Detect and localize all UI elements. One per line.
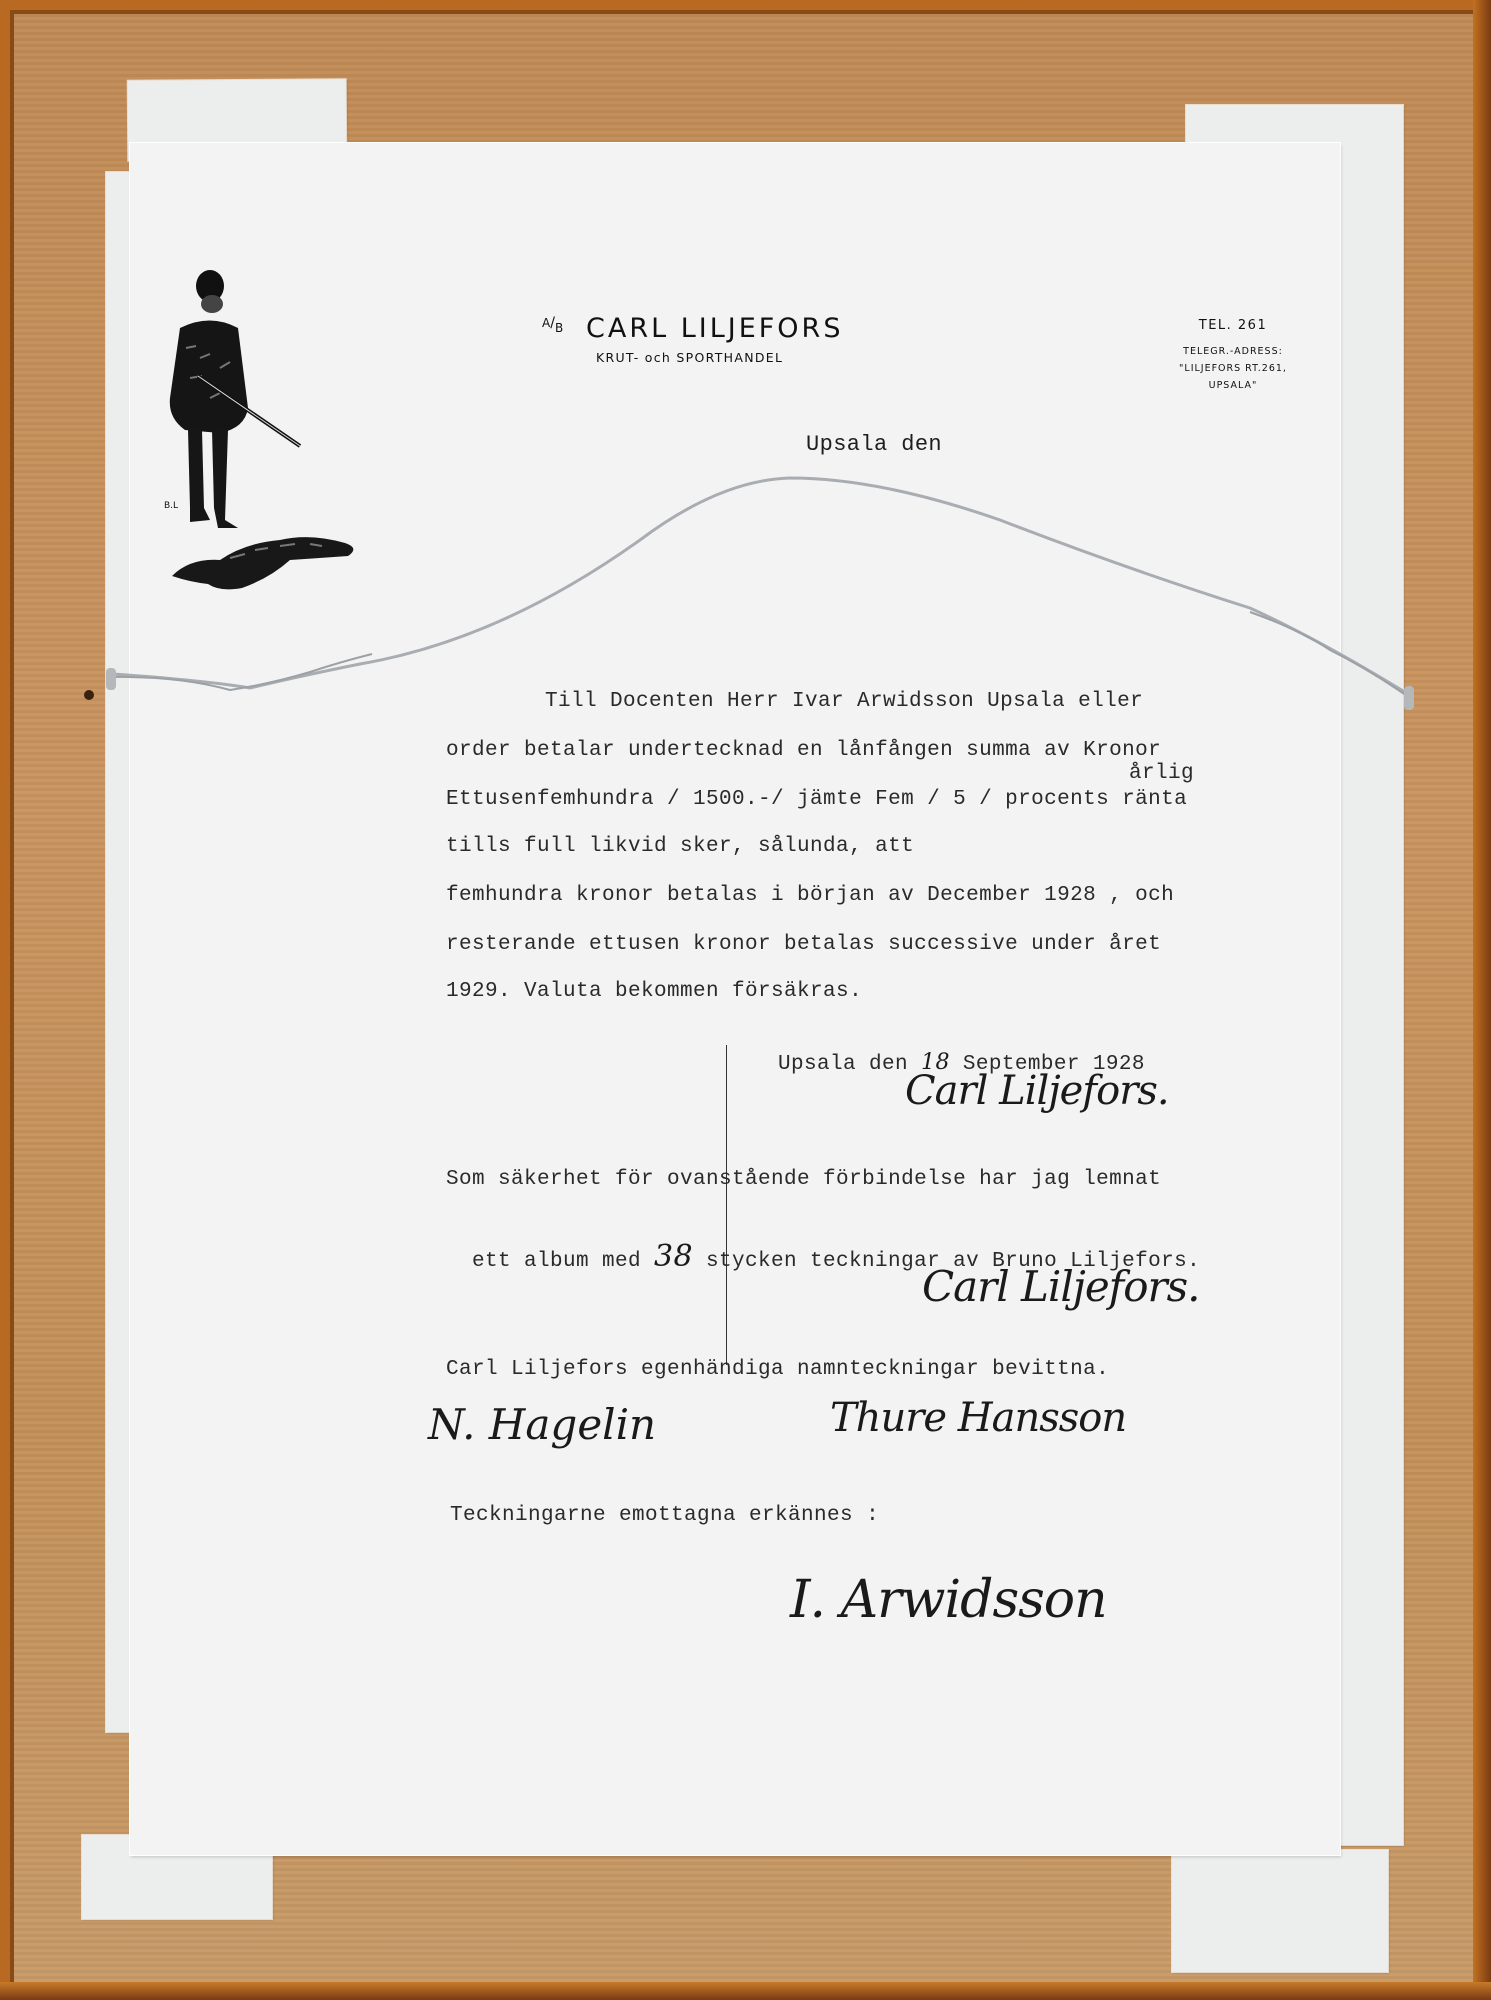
body-line-5: femhundra kronor betalas i början av Dec… [446, 884, 1174, 907]
frame-edge-bottom [0, 1982, 1491, 2000]
telegraph-label: TELEGR.-ADRESS: [1128, 343, 1338, 360]
hunter-with-shotgun-and-fox-icon: B.L [150, 258, 410, 593]
receipt-line: Teckningarne emottagna erkännes : [450, 1504, 879, 1527]
telephone-block: TEL. 261 TELEGR.-ADRESS: "LILJEFORS RT.2… [1128, 318, 1338, 394]
interlinear-insert: årlig [1129, 762, 1194, 785]
ab-mark: A/B [542, 318, 563, 328]
witness-signature-hansson: Thure Hansson [830, 1395, 1126, 1441]
telegraph-address-line2: UPSALA" [1128, 377, 1338, 394]
security-line-1: Som säkerhet för ovanstående förbindelse… [446, 1168, 1161, 1191]
body-line-2: order betalar undertecknad en lånfången … [446, 739, 1161, 762]
ab-mark-bottom: B [555, 321, 563, 335]
witness-line: Carl Liljefors egenhändiga namnteckninga… [446, 1358, 1109, 1381]
body-line-3: Ettusenfemhundra / 1500.-/ jämte Fem / 5… [446, 788, 1187, 811]
body-line-1: Till Docenten Herr Ivar Arwidsson Upsala… [545, 690, 1143, 713]
telegraph-address-line1: "LILJEFORS RT.261, [1128, 360, 1338, 377]
witness-signature-hagelin: N. Hagelin [428, 1400, 656, 1449]
company-name: CARL LILJEFORS [586, 313, 843, 344]
pencil-fold-line [726, 1045, 727, 1365]
security-prefix: ett album med [472, 1250, 654, 1273]
date-prefix: Upsala den [778, 1053, 921, 1076]
body-line-6: resterande ettusen kronor betalas succes… [446, 933, 1161, 956]
body-line-7: 1929. Valuta bekommen försäkras. [446, 980, 862, 1003]
signature-i-arwidsson: I. Arwidsson [790, 1570, 1107, 1630]
backing-sheet-bottom-right [1172, 1850, 1388, 1972]
place-date-blank: Upsala den [806, 432, 942, 457]
frame-edge-right [1473, 0, 1491, 2000]
svg-text:B.L: B.L [164, 501, 178, 511]
album-count-handwritten: 38 [654, 1239, 693, 1274]
signature-carl-liljefors-2: Carl Liljefors. [922, 1262, 1199, 1311]
ab-mark-top: A [542, 316, 550, 330]
signature-carl-liljefors-1: Carl Liljefors. [905, 1068, 1169, 1114]
telephone-number: TEL. 261 [1128, 318, 1338, 333]
company-subtitle: KRUT- och SPORTHANDEL [596, 350, 783, 365]
body-line-4: tills full likvid sker, sålunda, att [446, 835, 914, 858]
